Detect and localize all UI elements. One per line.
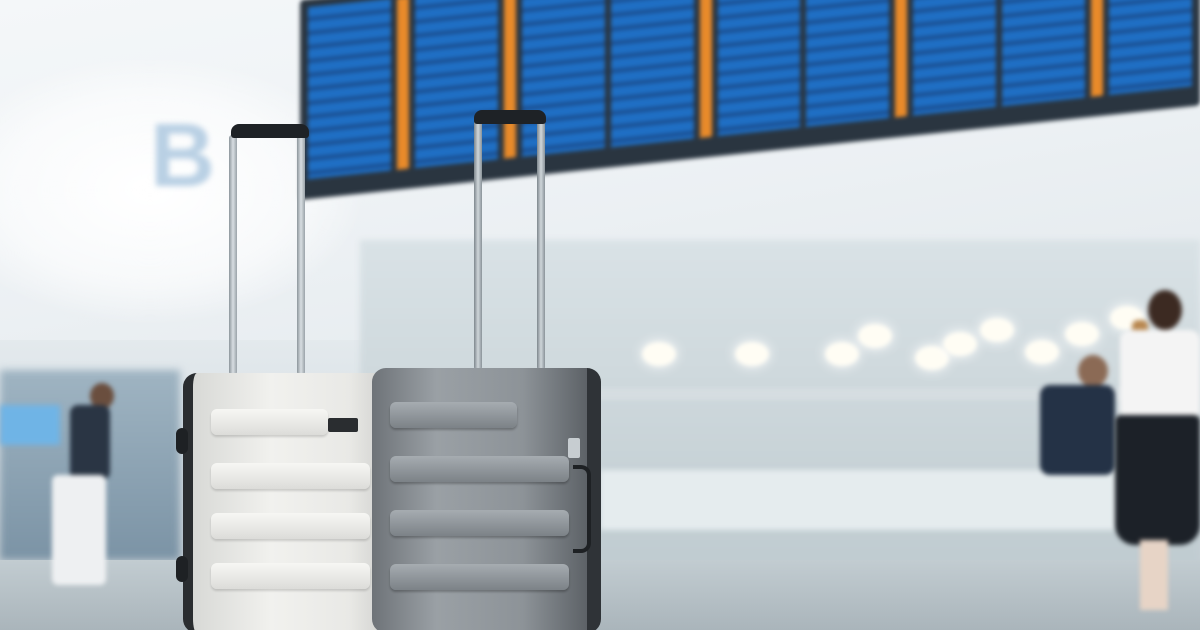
counter [600,470,1120,530]
ceiling-lights [620,310,1160,370]
airport-photo: B Hall B [0,0,1200,630]
left-screen [0,405,60,445]
wall-sign: B [150,105,215,208]
